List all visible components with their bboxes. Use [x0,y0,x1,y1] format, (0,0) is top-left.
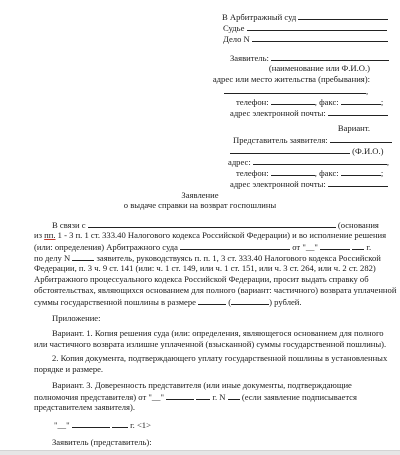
date-year-field [112,419,128,428]
body-line-7: обстоятельствах, являющихся основанием д… [34,285,396,296]
email-field [328,107,388,116]
body-line-6: Арбитражного процессуального кодекса Рос… [34,274,369,285]
case-line: Дело N [223,33,388,45]
attachment-3-line-1: Вариант. 3. Доверенность представителя (… [52,380,352,391]
document-subtitle: о выдаче справки на возврат госпошлины [0,200,400,211]
case-label: Дело N [223,34,250,44]
judge-field [247,22,387,31]
email-label: адрес электронной почты: [230,108,326,118]
case-field [252,33,388,42]
date-month-field [72,419,110,428]
fax-label: факс: [319,97,339,107]
rep-name-field [230,145,350,154]
applicant-address-field [224,85,366,94]
rep-address-label: адрес: [228,157,251,167]
phone-label: телефон: [236,97,269,107]
signer-label: Заявитель (представитель): [52,437,152,448]
rep-hint: (Ф.И.О.) [352,146,383,156]
date-line: "__" г. <1> [54,419,151,431]
applicant-field [271,52,389,61]
attachment-2-line-1: 2. Копия документа, подтверждающего упла… [52,353,387,364]
applicant-label: Заявитель: [230,53,269,63]
attachment-1-line-1: Вариант. 1. Копия решения суда (или: опр… [52,328,384,339]
document-page: В Арбитражный суд Судье Дело N Заявитель… [0,0,400,450]
rep-email-line: адрес электронной почты: [230,178,388,190]
rep-email-label: адрес электронной почты: [230,179,326,189]
rep-phone-label: телефон: [236,168,269,178]
judge-label: Судье [223,23,244,33]
rep-phone-field [271,167,315,176]
rep-email-field [328,178,388,187]
attachment-3-line-3: представителем заявителя). [34,402,135,413]
amount-field [198,296,226,305]
body-line-8: суммы государственной пошлины в размере … [34,296,302,308]
rep-address-field [253,156,387,165]
variant-label: Вариант. [338,123,370,134]
applicant-hint: (наименование или Ф.И.О.) [269,63,370,74]
body-line-2: из пп. 1 - 3 п. 1 ст. 333.40 Налогового … [34,230,386,241]
rep-fax-field [341,167,381,176]
rep-fax-label: факс: [319,168,339,178]
fax-field [341,96,381,105]
attachment-1-line-2: или частичного возврата излишне уплаченн… [34,339,386,350]
phone-field [271,96,315,105]
court-name-field [180,241,290,250]
rep-field [330,134,392,143]
page-edge [0,450,400,455]
court-label: В Арбитражный суд [222,12,296,22]
rep-label: Представитель заявителя: [233,135,328,145]
body-line-5: Федерации, п. 3 ч. 9 ст. 141 (или: ч. 1 … [34,263,376,274]
applicant-email-line: адрес электронной почты: [230,107,388,119]
amount-words-field [231,296,269,305]
case-number-field [72,252,94,261]
applicant-address-label: адрес или место жительства (пребывания): [213,74,370,85]
reason-field [88,219,336,228]
attachments-label: Приложение: [52,313,101,324]
spellcheck-word: пп. [44,230,55,240]
attachment-2-line-2: порядке и размере. [34,364,103,375]
court-field [298,11,388,20]
